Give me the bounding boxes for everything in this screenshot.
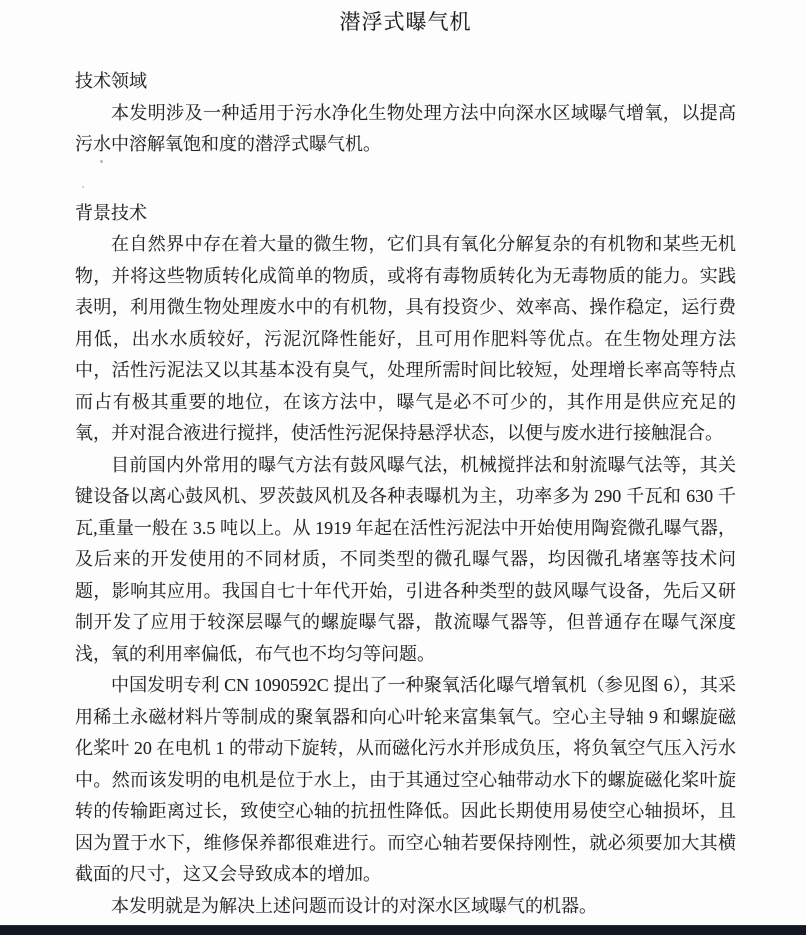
scan-artifact-speck <box>82 186 84 188</box>
paragraph-technical-field: 本发明涉及一种适用于污水净化生物处理方法中向深水区域曝气增氧，以提高污水中溶解氧… <box>75 98 736 161</box>
paragraph-background-existing-aeration-methods: 目前国内外常用的曝气方法有鼓风曝气法，机械搅拌法和射流曝气法等，其关键设备以离心… <box>75 450 736 671</box>
scan-artifact-speck <box>100 160 103 163</box>
paragraph-background-microorganisms: 在自然界中存在着大量的微生物，它们具有氧化分解复杂的有机物和某些无机物，并将这些… <box>75 229 736 450</box>
patent-document-page: 潜浮式曝气机 技术领域 本发明涉及一种适用于污水净化生物处理方法中向深水区域曝气… <box>0 0 806 935</box>
section-heading-technical-field: 技术领域 <box>75 66 736 98</box>
section-heading-background-art: 背景技术 <box>75 198 736 230</box>
page-bottom-scan-edge <box>0 925 806 935</box>
paragraph-background-invention-purpose: 本发明就是为解决上述问题而设计的对深水区域曝气的机器。 <box>75 891 736 923</box>
document-title: 潜浮式曝气机 <box>75 7 736 38</box>
document-content: 潜浮式曝气机 技术领域 本发明涉及一种适用于污水净化生物处理方法中向深水区域曝气… <box>75 0 736 922</box>
paragraph-background-prior-patent: 中国发明专利 CN 1090592C 提出了一种聚氧活化曝气增氧机（参见图 6）… <box>75 670 736 891</box>
